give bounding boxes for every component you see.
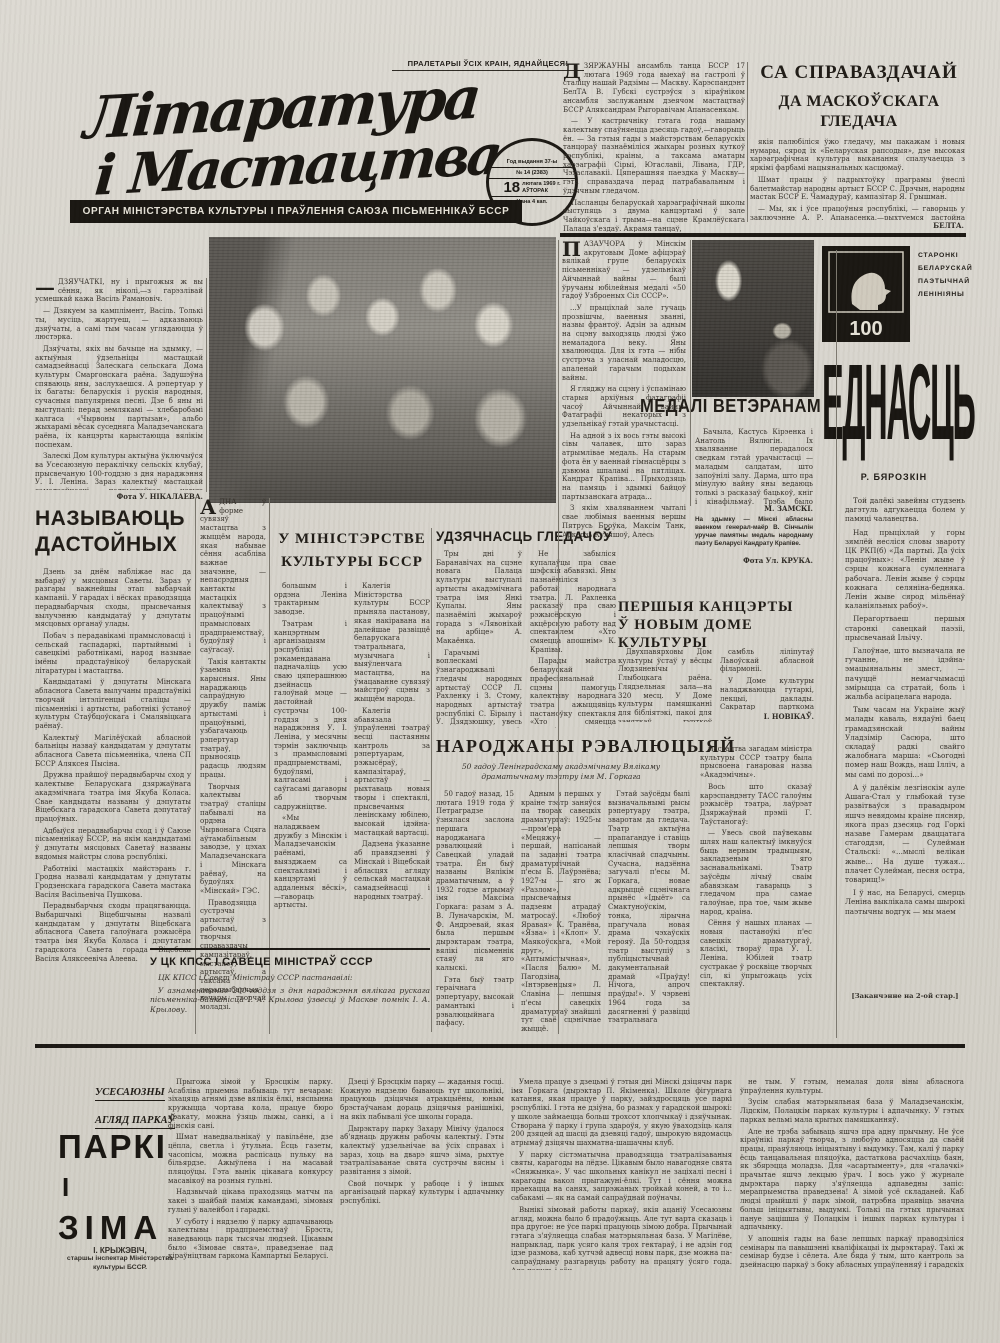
headline-parki-zima: ПАРКІ І ЗІМА bbox=[58, 1128, 178, 1247]
article-pershyja-col2: самбль ліліпутаў Львоўскай абласной філа… bbox=[720, 648, 814, 710]
article-ensemble-col2: якія палюбіліся ўжо гледачу, мы пакажам … bbox=[750, 138, 965, 220]
column-rule bbox=[747, 62, 748, 222]
article-udzjachnasc-col2: Не забыліся купалаўцы пра свае шэфскія а… bbox=[530, 550, 616, 728]
column-rule bbox=[558, 240, 559, 1034]
article-parki-col4: не тым. У гэтым, немалая доля віны аблас… bbox=[740, 1078, 964, 1270]
continuation-note: [Заканчэнне на 2-ой стар.] bbox=[845, 992, 965, 1000]
headline-medali: МЕДАЛІ ВЕТЭРАНАМ bbox=[640, 396, 806, 417]
issue-date-day: 18 bbox=[503, 181, 520, 195]
article-ministerstva-col2: Калегія Міністэрства культуры БССР прыня… bbox=[354, 582, 430, 932]
headline-ministerstva: У МІНІСТЭРСТВЕ КУЛЬТУРЫ БССР bbox=[274, 528, 430, 574]
headline-jadnasc: ЕДНАСЦЬ bbox=[822, 348, 867, 466]
headline-nazyvajuc: НАЗЫВАЮЦЬ ДАСТОЙНЫХ bbox=[35, 506, 195, 558]
organ-bar: ОРГАН МІНІСТЭРСТВА КУЛЬТУРЫ І ПРАЎЛЕННЯ … bbox=[70, 200, 522, 223]
column-rule bbox=[836, 250, 837, 1038]
article-narodzhany-wide: мастацтва загадам міністра культуры СССР… bbox=[700, 745, 812, 1040]
parki-kicker-line2: АГЛЯД ПАРКАЎ bbox=[95, 1115, 175, 1129]
column-rule bbox=[431, 528, 432, 1032]
article-ministerstva-col1: большым і ордэна Леніна трактарным завод… bbox=[274, 582, 347, 932]
parki-title-line3: ЗІМА bbox=[58, 1209, 178, 1247]
headline-pershyja: ПЕРШЫЯ КАНЦЭРТЫ Ў НОВЫМ ДОМЕ КУЛЬТУРЫ bbox=[618, 598, 818, 652]
issue-weekday: АЎТОРАК bbox=[522, 188, 548, 194]
article-ensemble-col1: ДЗЯРЖАЎНЫ ансамбль танца БССР 17 лютага … bbox=[563, 62, 745, 232]
signature-belta: БЕЛТА. bbox=[880, 221, 964, 230]
photo-medal-ceremony bbox=[692, 240, 814, 397]
photo-ensemble-girls bbox=[209, 237, 556, 503]
column-rule bbox=[690, 240, 691, 506]
article-jadnasc: Той далёкі завейны студзень дагэтуль адг… bbox=[845, 496, 965, 988]
headline-udzjachnasc: УДЗЯЧНАСЦЬ ГЛЕДАЧОЎ bbox=[436, 528, 607, 544]
signature-zamski: М. ЗАМСКІ. bbox=[735, 504, 813, 513]
svg-text:100: 100 bbox=[849, 318, 882, 340]
photo1-credit: Фота У. НІКАЛАЕВА. bbox=[95, 492, 203, 501]
article-narodzhany-col3: Гэтай заўсёды былі вызначальнымі рысы рэ… bbox=[608, 790, 690, 1040]
headline-pershyja-line2: Ў НОВЫМ ДОМЕ КУЛЬТУРЫ bbox=[618, 617, 753, 651]
headline-pershyja-line1: ПЕРШЫЯ КАНЦЭРТЫ bbox=[618, 599, 793, 615]
subhead-narodzhany: 50 гадоў Ленінградскаму акадэмічнаму Вял… bbox=[448, 762, 674, 781]
headline-spravazdachaj-line2: ДА МАСКОЎСКАГА ГЛЕДАЧА bbox=[750, 92, 968, 132]
headline-ministerstva-line1: У МІНІСТЭРСТВЕ bbox=[278, 531, 425, 547]
article-pershyja-col1: Двухпавярховы Дом культуры ўстаў у вёсцы… bbox=[618, 648, 712, 722]
ck-kpss-box: У ЦК КПСС І САВЕЦЕ МІНІСТРАЎ СССР ЦК КПС… bbox=[150, 948, 430, 1034]
headline-nazyvajuc-line1: НАЗЫВАЮЦЬ bbox=[35, 507, 185, 530]
article-narodzhany-col2: Адным з першых у краіне тэатр заняўся па… bbox=[521, 790, 601, 1040]
signature-novikau: І. НОВІКАЎ. bbox=[740, 712, 814, 721]
article-medali-col2: Бачыла, Кастусь Кірэенка і Анатоль Вялюг… bbox=[695, 428, 813, 506]
newspaper-page: ПРАЛЕТАРЫІ ЎСІХ КРАІН, ЯДНАЙЦЕСЯ! Літара… bbox=[0, 0, 1000, 1343]
headline-ck-kpss: У ЦК КПСС І САВЕЦЕ МІНІСТРАЎ СССР bbox=[150, 956, 430, 968]
headline-ministerstva-line2: КУЛЬТУРЫ БССР bbox=[281, 554, 423, 570]
rule-bottom-section bbox=[35, 1044, 965, 1048]
headline-nazyvajuc-line2: ДАСТОЙНЫХ bbox=[35, 533, 177, 556]
article-narodzhany-col1: 50 гадоў назад, 15 лютага 1919 года ў Пе… bbox=[436, 790, 514, 1040]
parki-title-line1: ПАРКІ bbox=[58, 1128, 178, 1166]
article-parki-col1: Прыгожа зімой у Брэсцкім парку. Асабліва… bbox=[168, 1078, 333, 1270]
photo2-caption: На здымку — Мінскі абласны ваенком генер… bbox=[695, 516, 813, 548]
rule-top-section bbox=[560, 233, 966, 237]
headline-narodzhany: НАРОДЖАНЫ РЭВАЛЮЦЫЯЙ bbox=[436, 736, 692, 757]
parki-kicker-line1: УСЕСАЮЗНЫ bbox=[95, 1087, 165, 1101]
parki-title-line2: І bbox=[62, 1172, 178, 1203]
photo2-credit: Фота Ул. КРУКА. bbox=[725, 556, 813, 565]
leniniana-label: СТАРОНКІБЕЛАРУСКАЙПАЭТЫЧНАЙЛЕНІНІЯНЫ bbox=[918, 252, 980, 304]
issue-date-rest: лютага 1969 г. bbox=[522, 181, 560, 187]
rule-box-top bbox=[150, 948, 430, 950]
article-parki-col2: Дзеці ў Брэсцкім парку — жаданыя госці. … bbox=[340, 1078, 504, 1270]
article-udzjachnasc-col1: Тры дні ў Баранавічах на сцэне новага Па… bbox=[436, 550, 522, 728]
article-parki-col3: Умела працуе з дзецьмі ў гэтыя дні Мінск… bbox=[511, 1078, 732, 1270]
ck-kpss-text: ЦК КПСС і Савет Міністраў СССР пастанаві… bbox=[150, 973, 430, 1025]
headline-spravazdachaj-line1: СА СПРАВАЗДАЧАЙ bbox=[752, 62, 966, 84]
byline-bjarozkin: Р. БЯРОЗКІН bbox=[824, 472, 964, 482]
article-girls: — ДЗЯЎЧАТКІ, ну і прыгожыя ж вы сёння, я… bbox=[35, 278, 203, 490]
column-rule bbox=[206, 278, 207, 492]
